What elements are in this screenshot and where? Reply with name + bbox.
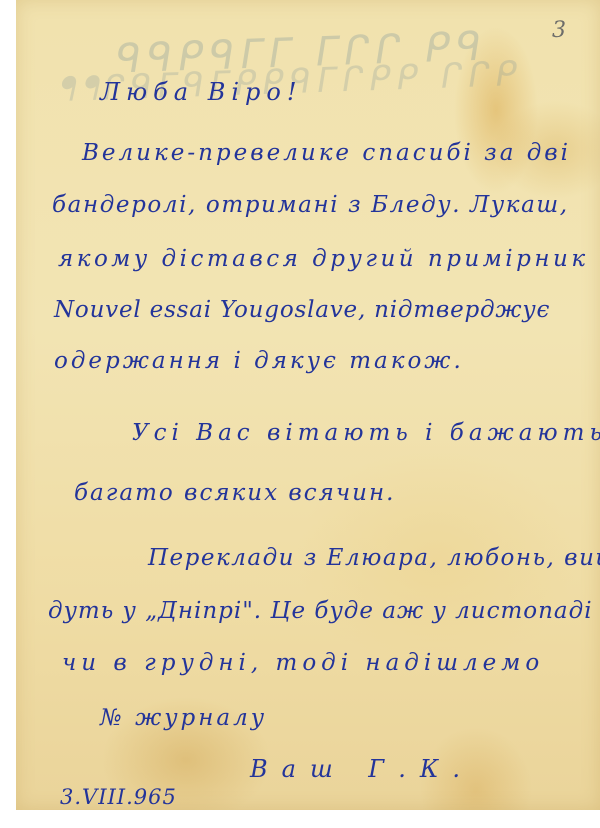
paragraph-3-line-3: чи в грудні, тоді надішлемо [62,650,544,676]
signature: Ваш Г.К. [250,755,474,783]
letter-paper: ᑫᑫᑭᑫᒥᒥ ᒥᒋᒋ ᑭᑫ ᖳᖳᒋᑫᒥᑫᒥᑭᑭᑫᒥᒋᑭᑭ ᒋᒋᑭ [16,0,600,810]
paragraph-2-line-1: Усі Вас вітають і бажають [132,420,600,446]
page-number: 3 [552,18,566,43]
paragraph-2-line-2: багато всяких всячин. [74,480,395,506]
paragraph-1-line-4: Nouvel essai Yougoslave, підтверджує [54,297,550,323]
paragraph-1-line-2: бандеролі, отримані з Бледу. Лукаш, [52,192,569,218]
paragraph-3-line-4: № журналу [100,705,267,731]
date: 3.VIII.965 [60,785,177,809]
paragraph-3-line-2: дуть у „Дніпрі". Це буде аж у листопаді [48,598,593,624]
paragraph-1-line-5: одержання і дякує також. [54,348,464,374]
salutation: Люба Віро! [100,78,303,106]
paragraph-1-line-3: якому дістався другий примірник [58,246,589,272]
paragraph-3-line-1: Переклади з Елюара, любонь, вий- [148,545,600,571]
paragraph-1-line-1: Велике-превелике спасибі за дві [82,140,571,166]
